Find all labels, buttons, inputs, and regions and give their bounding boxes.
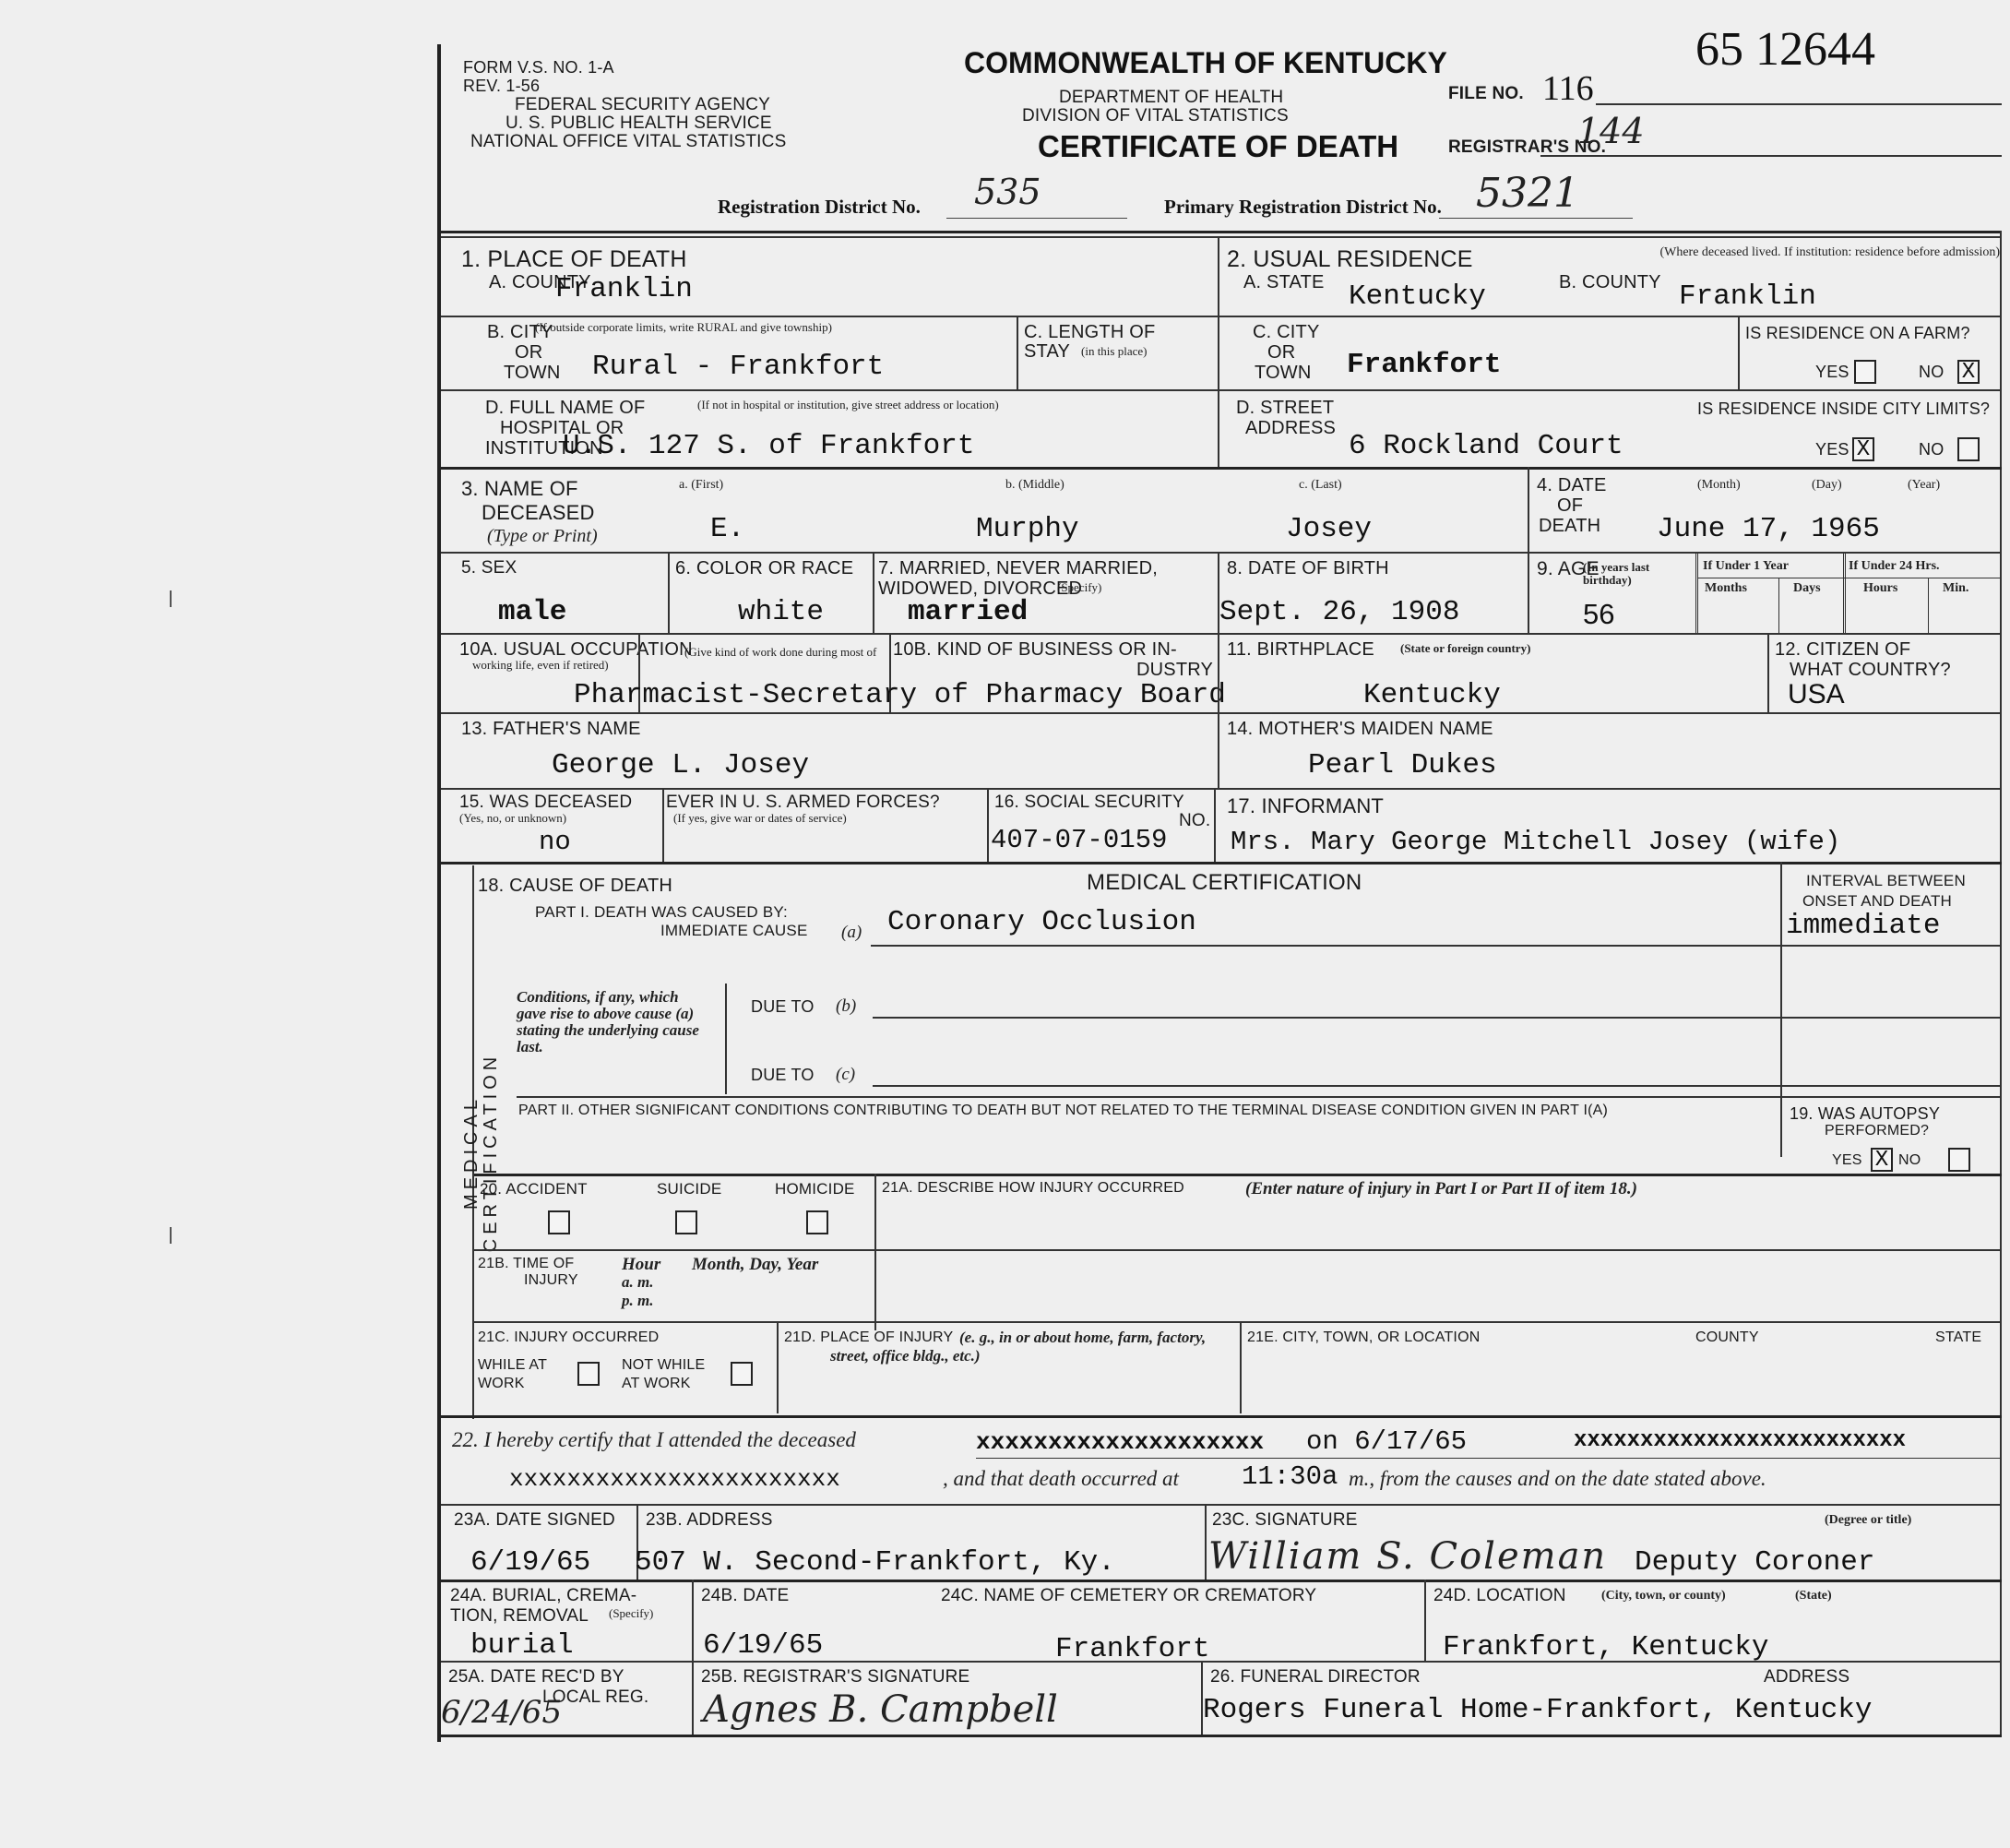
business-label-2: DUSTRY bbox=[1136, 661, 1213, 680]
funeral-director-value: Rogers Funeral Home-Frankfort, Kentucky bbox=[1203, 1694, 1873, 1726]
hours-label: Hours bbox=[1863, 581, 1897, 595]
received-date-value: 6/24/65 bbox=[441, 1694, 562, 1731]
name-label-3: (Type or Print) bbox=[487, 526, 598, 547]
birthplace-label: 11. BIRTHPLACE bbox=[1227, 640, 1374, 660]
residence-state-label: a. STATE bbox=[1243, 273, 1325, 292]
first-name-label: a. (First) bbox=[679, 478, 723, 492]
burial-date-value: 6/19/65 bbox=[703, 1629, 823, 1662]
ssn-label-2: NO. bbox=[1179, 812, 1210, 830]
struck-text-1: xxxxxxxxxxxxxxxxxxxx bbox=[976, 1428, 1264, 1456]
a-marker: (a) bbox=[841, 923, 862, 943]
page-left-edge bbox=[437, 44, 441, 1742]
row-divider bbox=[474, 1174, 2002, 1176]
limits-no-label: NO bbox=[1919, 441, 1944, 459]
row-divider bbox=[474, 1321, 2002, 1323]
b-marker: (b) bbox=[836, 996, 856, 1017]
registration-district-label: Registration District No. bbox=[718, 196, 921, 219]
street-label-1: d. STREET bbox=[1236, 399, 1334, 418]
residence-city-label-or: OR bbox=[1267, 343, 1295, 363]
autopsy-yes-checkbox[interactable]: X bbox=[1871, 1148, 1893, 1172]
funeral-director-label: 26. FUNERAL DIRECTOR bbox=[1210, 1668, 1421, 1687]
time-date-label: Month, Day, Year bbox=[692, 1255, 818, 1275]
farm-divider bbox=[1738, 316, 1740, 389]
time-injury-label-2: INJURY bbox=[524, 1273, 578, 1289]
form-right-border bbox=[2000, 231, 2002, 1735]
residence-city-value: Frankfort bbox=[1347, 349, 1501, 381]
limits-yes-checkbox[interactable]: X bbox=[1852, 437, 1874, 461]
sex-value: male bbox=[498, 596, 566, 628]
row-divider bbox=[441, 1661, 2002, 1663]
location-state-label: (State) bbox=[1795, 1589, 1832, 1603]
struck-text-2: xxxxxxxxxxxxxxxxxxxxxxxxx bbox=[1574, 1428, 1998, 1453]
death-city-note: (If outside corporate limits, write RURA… bbox=[535, 321, 987, 334]
marital-note: (Specify) bbox=[1057, 581, 1101, 594]
hospital-value: U.S. 127 S. of Frankfort bbox=[563, 430, 974, 462]
time-of-death: 11:30a bbox=[1242, 1461, 1338, 1492]
cause-c-line bbox=[873, 1085, 2002, 1087]
cause-label: 18. CAUSE OF DEATH bbox=[478, 876, 672, 896]
col-divider bbox=[987, 788, 989, 862]
scan-mark bbox=[170, 590, 172, 607]
race-label: 6. COLOR OR RACE bbox=[675, 559, 853, 578]
col-divider bbox=[777, 1321, 779, 1413]
death-county-value: Franklin bbox=[555, 273, 693, 305]
col-divider bbox=[1214, 788, 1216, 862]
last-name-value: Josey bbox=[1286, 513, 1372, 545]
header-divider bbox=[441, 231, 2002, 233]
sex-label: 5. SEX bbox=[461, 559, 517, 578]
part1-bottom bbox=[517, 1096, 2002, 1098]
interval-value: immediate bbox=[1786, 910, 1940, 942]
col-divider bbox=[1767, 633, 1769, 712]
document-title: CERTIFICATE OF DEATH bbox=[1038, 129, 1398, 164]
farm-yes-checkbox[interactable] bbox=[1854, 360, 1876, 384]
dod-label-2: OF bbox=[1557, 496, 1583, 516]
col-divider bbox=[692, 1661, 694, 1735]
received-label-1: 25a. DATE REC'D BY bbox=[448, 1668, 624, 1687]
burial-value: burial bbox=[470, 1629, 574, 1662]
citizen-value: USA bbox=[1788, 679, 1845, 710]
address-label: 23b. ADDRESS bbox=[646, 1511, 773, 1530]
while-work-label-2: WORK bbox=[478, 1377, 525, 1392]
scan-mark bbox=[170, 1227, 172, 1244]
row-divider bbox=[441, 712, 2002, 714]
degree-value: Deputy Coroner bbox=[1635, 1546, 1874, 1579]
not-while-label-1: NOT WHILE bbox=[622, 1358, 705, 1374]
burial-label-1: 24a. BURIAL, CREMA- bbox=[450, 1587, 636, 1605]
dod-month-label: (Month) bbox=[1697, 478, 1741, 492]
veteran-value: no bbox=[539, 827, 571, 857]
agency-line-2: U. S. PUBLIC HEALTH SERVICE bbox=[505, 114, 772, 133]
col-divider bbox=[873, 552, 874, 633]
stay-note: (in this place) bbox=[1081, 345, 1147, 358]
place-injury-note: (e. g., in or about home, farm, factory,… bbox=[830, 1329, 1236, 1365]
header-divider-2 bbox=[441, 236, 2002, 238]
col-divider bbox=[668, 552, 670, 633]
address-value: 507 W. Second-Frankfort, Ky. bbox=[635, 1546, 1115, 1579]
dod-label-1: 4. DATE bbox=[1537, 476, 1607, 495]
residence-county-value: Franklin bbox=[1679, 280, 1816, 313]
registrar-signature-label: 25b. REGISTRAR'S SIGNATURE bbox=[701, 1668, 969, 1687]
department-name: DEPARTMENT OF HEALTH bbox=[1059, 89, 1283, 107]
farm-no-checkbox[interactable]: X bbox=[1957, 360, 1980, 384]
dob-value: Sept. 26, 1908 bbox=[1219, 596, 1459, 628]
date-signed-label: 23a. DATE SIGNED bbox=[454, 1511, 615, 1530]
conditions-note: Conditions, if any, which gave rise to a… bbox=[517, 989, 701, 1055]
death-certificate: FORM V.S. NO. 1-A REV. 1-56 FEDERAL SECU… bbox=[0, 0, 2010, 1848]
c-marker: (c) bbox=[836, 1065, 855, 1085]
first-name-value: E. bbox=[710, 513, 744, 545]
certify-line-1 bbox=[976, 1458, 2002, 1459]
armed-forces-label: EVER IN U. S. ARMED FORCES? bbox=[666, 793, 940, 812]
immediate-cause-label: IMMEDIATE CAUSE bbox=[660, 923, 807, 939]
accident-label: 20. ACCIDENT bbox=[480, 1181, 588, 1198]
signature-label: 23c. SIGNATURE bbox=[1212, 1511, 1358, 1530]
section-divider bbox=[441, 467, 2002, 470]
farm-yes-label: YES bbox=[1815, 364, 1849, 381]
division-name: DIVISION OF VITAL STATISTICS bbox=[1022, 107, 1289, 125]
location-label: 24d. LOCATION bbox=[1433, 1587, 1566, 1605]
suicide-label: SUICIDE bbox=[657, 1181, 721, 1198]
min-label: Min. bbox=[1943, 581, 1968, 595]
not-while-at-work-checkbox[interactable] bbox=[731, 1362, 753, 1386]
citizen-label-2: WHAT COUNTRY? bbox=[1790, 661, 1951, 680]
col-divider bbox=[1778, 578, 1779, 633]
last-name-label: c. (Last) bbox=[1299, 478, 1342, 492]
immediate-cause-value: Coronary Occlusion bbox=[887, 906, 1196, 938]
residence-state-value: Kentucky bbox=[1349, 280, 1486, 313]
homicide-label: HOMICIDE bbox=[775, 1181, 855, 1198]
interval-label-2: ONSET AND DEATH bbox=[1802, 893, 1952, 910]
row-divider bbox=[441, 788, 2002, 790]
autopsy-label-2: PERFORMED? bbox=[1825, 1124, 1929, 1139]
not-while-label-2: AT WORK bbox=[622, 1377, 691, 1392]
dod-year-label: (Year) bbox=[1908, 478, 1940, 492]
agency-line-3: NATIONAL OFFICE VITAL STATISTICS bbox=[470, 133, 786, 151]
ssn-label-1: 16. SOCIAL SECURITY bbox=[994, 793, 1184, 812]
injury-state-label: STATE bbox=[1935, 1330, 1981, 1346]
hospital-note: (If not in hospital or institution, give… bbox=[697, 399, 1214, 411]
date-of-death-value: June 17, 1965 bbox=[1657, 513, 1880, 545]
cause-a-line bbox=[871, 945, 2002, 947]
primary-district-value: 5321 bbox=[1476, 170, 1579, 217]
veteran-label: 15. WAS DECEASED bbox=[459, 793, 632, 812]
burial-note: (Specify) bbox=[609, 1607, 653, 1620]
place-of-death-label: 1. PLACE OF DEATH bbox=[461, 247, 687, 271]
middle-name-value: Murphy bbox=[976, 513, 1079, 545]
col-divider bbox=[1218, 633, 1219, 712]
form-revision: REV. 1-56 bbox=[463, 77, 540, 95]
due-to-c-label: DUE TO bbox=[751, 1067, 815, 1084]
due-to-b-label: DUE TO bbox=[751, 998, 815, 1016]
col-divider bbox=[874, 1174, 876, 1330]
age-value: 56 bbox=[1583, 598, 1614, 631]
farm-question: IS RESIDENCE ON A FARM? bbox=[1745, 325, 1970, 342]
col-divider bbox=[1205, 1504, 1207, 1580]
col-divider bbox=[1218, 712, 1219, 788]
location-value: Frankfort, Kentucky bbox=[1443, 1631, 1768, 1663]
informant-label: 17. INFORMANT bbox=[1227, 795, 1384, 817]
death-city-value: Rural - Frankfort bbox=[592, 351, 884, 383]
col-divider bbox=[1843, 552, 1846, 633]
row-divider bbox=[441, 316, 2002, 317]
form-number: FORM V.S. NO. 1-A bbox=[463, 59, 614, 77]
col-divider bbox=[1240, 1321, 1242, 1413]
dod-label-3: DEATH bbox=[1539, 517, 1600, 536]
name-label-1: 3. NAME OF bbox=[461, 478, 578, 499]
accident-checkbox[interactable] bbox=[548, 1210, 570, 1234]
days-label: Days bbox=[1793, 581, 1821, 595]
burial-date-label: 24b. DATE bbox=[701, 1587, 789, 1605]
certify-text-1: 22. I hereby certify that I attended the… bbox=[452, 1428, 856, 1452]
suicide-checkbox[interactable] bbox=[675, 1210, 697, 1234]
limits-yes-label: YES bbox=[1815, 441, 1849, 459]
file-no-value: 116 bbox=[1542, 68, 1594, 109]
armed-forces-note: (If yes, give war or dates of service) bbox=[673, 812, 847, 825]
row-divider bbox=[474, 1249, 2002, 1251]
row-divider bbox=[441, 1580, 2002, 1582]
form-bottom-border bbox=[441, 1735, 2002, 1737]
months-label: Months bbox=[1705, 581, 1747, 595]
autopsy-no-checkbox[interactable] bbox=[1948, 1148, 1970, 1172]
injury-city-label: 21e. CITY, TOWN, OR LOCATION bbox=[1247, 1330, 1480, 1346]
certify-text-2: , and that death occurred at bbox=[943, 1467, 1179, 1491]
conditions-brace bbox=[716, 984, 727, 1094]
date-attended: on 6/17/65 bbox=[1306, 1426, 1467, 1457]
marital-label-1: 7. MARRIED, NEVER MARRIED, bbox=[878, 559, 1158, 578]
section-divider bbox=[441, 1415, 2002, 1418]
marital-value: married bbox=[908, 596, 1028, 628]
part1-label: PART I. DEATH WAS CAUSED BY: bbox=[535, 904, 788, 921]
birthplace-value: Kentucky bbox=[1363, 679, 1501, 711]
section-2-label: 2. USUAL RESIDENCE bbox=[1227, 247, 1473, 271]
injury-how-label: 21a. DESCRIBE HOW INJURY OCCURRED bbox=[882, 1181, 1184, 1197]
injury-occurred-label: 21c. INJURY OCCURRED bbox=[478, 1330, 659, 1346]
registration-district-line bbox=[946, 218, 1127, 219]
file-no-label: FILE NO. bbox=[1448, 85, 1524, 103]
part2-label: PART II. OTHER SIGNIFICANT CONDITIONS CO… bbox=[518, 1103, 1782, 1119]
birthplace-note: (State or foreign country) bbox=[1400, 642, 1530, 655]
col-divider bbox=[662, 788, 664, 862]
death-city-label-town: TOWN bbox=[504, 364, 561, 383]
street-value: 6 Rockland Court bbox=[1349, 430, 1623, 462]
limits-no-checkbox[interactable] bbox=[1957, 437, 1980, 461]
business-label-1: 10b. KIND OF BUSINESS OR IN- bbox=[893, 640, 1177, 660]
date-signed-value: 6/19/65 bbox=[470, 1546, 590, 1579]
primary-district-line bbox=[1439, 218, 1633, 219]
residence-city-label: c. CITY bbox=[1253, 323, 1320, 342]
under-24-label: If Under 24 Hrs. bbox=[1849, 559, 1940, 573]
father-label: 13. FATHER'S NAME bbox=[461, 720, 641, 739]
homicide-checkbox[interactable] bbox=[806, 1210, 828, 1234]
time-injury-label-1: 21b. TIME OF bbox=[478, 1257, 574, 1272]
struck-text-3: xxxxxxxxxxxxxxxxxxxxxxx bbox=[509, 1465, 840, 1493]
col-divider bbox=[1695, 552, 1698, 633]
col-divider bbox=[1424, 1580, 1426, 1661]
father-value: George L. Josey bbox=[552, 749, 809, 781]
dob-label: 8. DATE OF BIRTH bbox=[1227, 559, 1389, 578]
certificate-number: 65 12644 bbox=[1695, 22, 1875, 77]
autopsy-yes-label: YES bbox=[1832, 1153, 1862, 1169]
under-1-year-label: If Under 1 Year bbox=[1703, 559, 1789, 573]
col-divider-1-2 bbox=[1218, 236, 1219, 467]
certify-text-3: m., from the causes and on the date stat… bbox=[1349, 1467, 1766, 1491]
ssn-value: 407-07-0159 bbox=[991, 825, 1167, 855]
location-note: (City, town, or county) bbox=[1601, 1589, 1726, 1603]
hospital-label-1: d. FULL NAME OF bbox=[485, 399, 645, 418]
section-divider bbox=[441, 862, 2002, 864]
dod-day-label: (Day) bbox=[1812, 478, 1842, 492]
row-divider bbox=[441, 552, 2002, 554]
while-work-label-1: WHILE AT bbox=[478, 1358, 547, 1374]
city-limits-question: IS RESIDENCE INSIDE CITY LIMITS? bbox=[1697, 400, 1990, 418]
injury-how-note: (Enter nature of injury in Part I or Par… bbox=[1245, 1179, 1637, 1199]
registrars-no-value: 144 bbox=[1577, 111, 1645, 151]
primary-district-label: Primary Registration District No. bbox=[1164, 196, 1442, 219]
cemetery-label: 24c. NAME OF CEMETERY OR CREMATORY bbox=[941, 1587, 1316, 1605]
physician-signature: William S. Coleman bbox=[1208, 1535, 1607, 1578]
veteran-note: (Yes, no, or unknown) bbox=[459, 812, 566, 825]
dod-divider bbox=[1528, 467, 1529, 633]
registrar-signature: Agnes B. Campbell bbox=[703, 1688, 1058, 1731]
autopsy-no-label: NO bbox=[1898, 1153, 1921, 1169]
residence-note: (Where deceased lived. If institution: r… bbox=[1568, 245, 2000, 259]
occupation-note: (Give kind of work done during most of w… bbox=[472, 646, 878, 673]
middle-name-label: b. (Middle) bbox=[1005, 478, 1064, 492]
residence-city-label-town: TOWN bbox=[1255, 364, 1312, 383]
time-hour-label: Hour bbox=[622, 1255, 660, 1275]
cause-b-line bbox=[873, 1017, 2002, 1019]
farm-no-label: NO bbox=[1919, 364, 1944, 381]
pm-label: p. m. bbox=[622, 1292, 653, 1310]
col-divider bbox=[1928, 578, 1929, 633]
interval-label-1: INTERVAL BETWEEN bbox=[1806, 873, 1966, 889]
row-divider bbox=[441, 1504, 2002, 1506]
age-note: (In years last birthday) bbox=[1583, 561, 1675, 588]
injury-county-label: COUNTY bbox=[1695, 1330, 1759, 1346]
burial-label-2: TION, REMOVAL bbox=[450, 1607, 589, 1626]
registration-district-value: 535 bbox=[974, 172, 1041, 212]
while-at-work-checkbox[interactable] bbox=[577, 1362, 600, 1386]
registrars-no-line bbox=[1540, 155, 2002, 157]
col-divider bbox=[692, 1580, 694, 1661]
mother-value: Pearl Dukes bbox=[1308, 749, 1497, 781]
funeral-address-label: ADDRESS bbox=[1764, 1668, 1849, 1687]
name-label-2: DECEASED bbox=[482, 502, 595, 523]
row-divider bbox=[441, 389, 2002, 391]
file-no-line bbox=[1596, 103, 2002, 105]
death-city-label-or: OR bbox=[515, 343, 542, 363]
autopsy-label-1: 19. WAS AUTOPSY bbox=[1790, 1105, 1940, 1123]
mother-label: 14. MOTHER'S MAIDEN NAME bbox=[1227, 720, 1493, 739]
degree-label: (Degree or title) bbox=[1825, 1513, 1911, 1527]
agency-line-1: FEDERAL SECURITY AGENCY bbox=[515, 96, 770, 114]
residence-county-label: b. COUNTY bbox=[1559, 273, 1661, 292]
am-label: a. m. bbox=[622, 1273, 653, 1292]
medical-title: MEDICAL CERTIFICATION bbox=[1087, 871, 1362, 894]
race-value: white bbox=[738, 596, 824, 628]
age-sub-divider bbox=[1697, 578, 2002, 578]
informant-value: Mrs. Mary George Mitchell Josey (wife) bbox=[1231, 827, 1840, 857]
stay-divider bbox=[1017, 316, 1018, 389]
occupation-value: Pharmacist-Secretary of Pharmacy Board bbox=[574, 679, 1226, 711]
state-title: COMMONWEALTH OF KENTUCKY bbox=[964, 46, 1447, 80]
street-label-2: ADDRESS bbox=[1245, 419, 1336, 438]
citizen-label-1: 12. CITIZEN OF bbox=[1775, 640, 1910, 660]
